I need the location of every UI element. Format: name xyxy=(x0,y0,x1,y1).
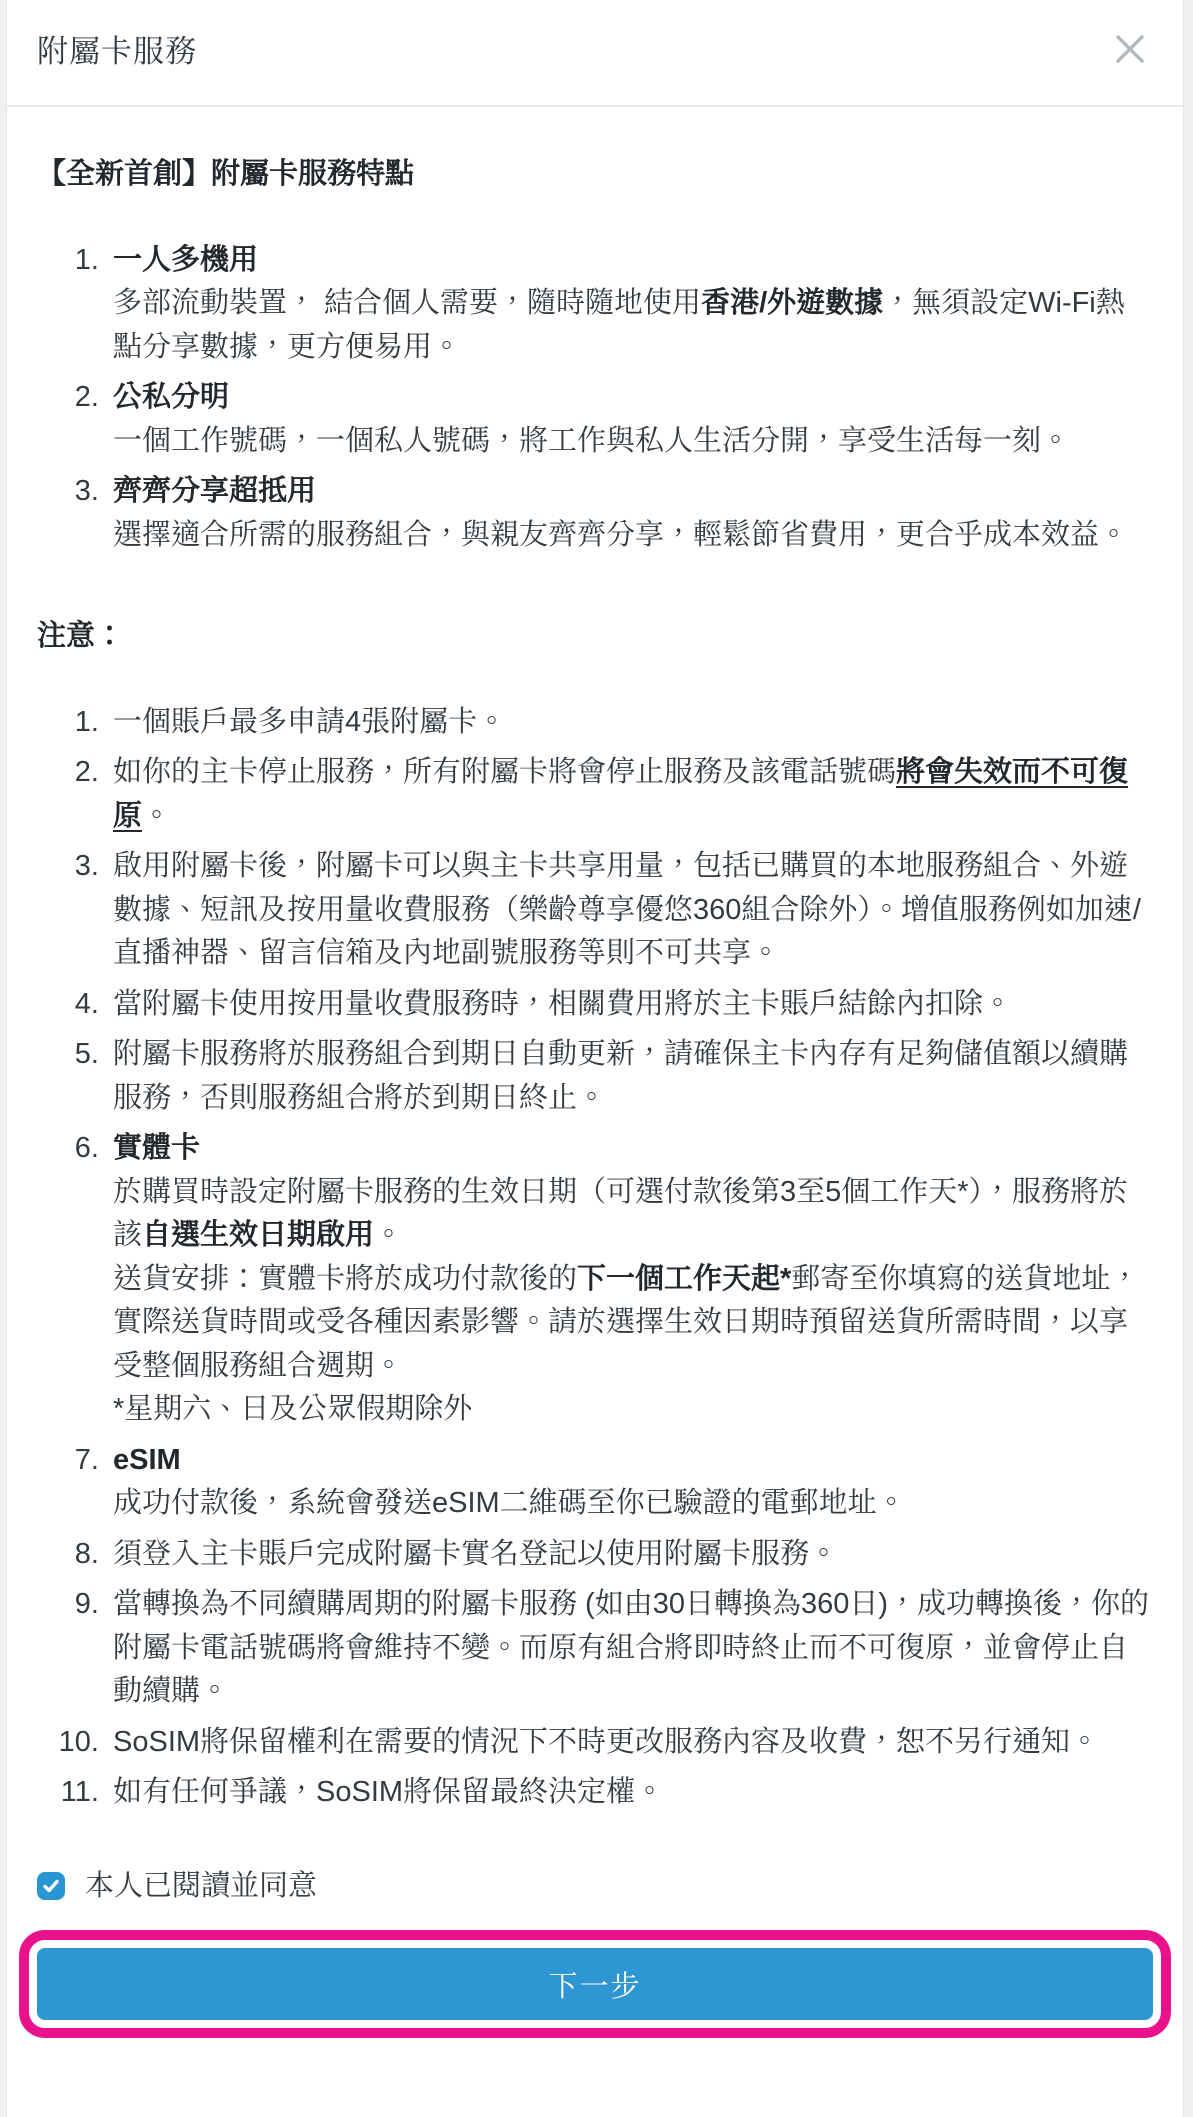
list-item: 須登入主卡賬戶完成附屬卡實名登記以使用附屬卡服務。 xyxy=(107,1533,1153,1577)
supplementary-card-modal: 附屬卡服務 【全新首創】附屬卡服務特點 一人多機用多部流動裝置， 結合個人需要，… xyxy=(6,0,1184,2117)
paragraph: *星期六、日及公眾假期除外 xyxy=(113,1388,1153,1432)
page-title: 附屬卡服務 xyxy=(37,26,197,71)
text-run: 多部流動裝置， 結合個人需要，隨時隨地使用 xyxy=(113,287,701,319)
list-item: 附屬卡服務將於服務組合到期日自動更新，請確保主卡內存有足夠儲值額以續購服務，否則… xyxy=(107,1033,1153,1120)
text-run: 須登入主卡賬戶完成附屬卡實名登記以使用附屬卡服務。 xyxy=(113,1538,838,1570)
paragraph: 一個賬戶最多申請4張附屬卡。 xyxy=(113,701,1153,745)
paragraph: 多部流動裝置， 結合個人需要，隨時隨地使用香港/外遊數據，無須設定Wi-Fi熱點… xyxy=(113,282,1153,369)
paragraph: 如有任何爭議，SoSIM將保留最終決定權。 xyxy=(113,1771,1153,1815)
list-item: 齊齊分享超抵用選擇適合所需的服務組合，與親友齊齊分享，輕鬆節省費用，更合乎成本效… xyxy=(107,470,1153,557)
text-run: 送貨安排：實體卡將於成功付款後的 xyxy=(113,1263,577,1295)
text-run: 當轉換為不同續購周期的附屬卡服務 (如由30日轉換為360日)，成功轉換後，你的… xyxy=(113,1588,1149,1707)
text-run: 當附屬卡使用按用量收費服務時，相關費用將於主卡賬戶結餘內扣除。 xyxy=(113,988,1012,1020)
text-run: 下一個工作天起* xyxy=(577,1263,791,1295)
modal-header: 附屬卡服務 xyxy=(7,0,1183,107)
features-list: 一人多機用多部流動裝置， 結合個人需要，隨時隨地使用香港/外遊數據，無須設定Wi… xyxy=(37,239,1153,558)
paragraph: 如你的主卡停止服務，所有附屬卡將會停止服務及該電話號碼將會失效而不可復原。 xyxy=(113,751,1153,838)
text-run: 一人多機用 xyxy=(113,244,258,276)
text-run: 一個工作號碼，一個私人號碼，將工作與私人生活分開，享受生活每一刻。 xyxy=(113,425,1070,457)
text-run: 。 xyxy=(142,800,171,832)
list-item: 如有任何爭議，SoSIM將保留最終決定權。 xyxy=(107,1771,1153,1815)
modal-body: 【全新首創】附屬卡服務特點 一人多機用多部流動裝置， 結合個人需要，隨時隨地使用… xyxy=(7,153,1183,1908)
list-item: 如你的主卡停止服務，所有附屬卡將會停止服務及該電話號碼將會失效而不可復原。 xyxy=(107,751,1153,838)
text-run: 如有任何爭議，SoSIM將保留最終決定權。 xyxy=(113,1776,664,1808)
list-item: 一人多機用多部流動裝置， 結合個人需要，隨時隨地使用香港/外遊數據，無須設定Wi… xyxy=(107,239,1153,370)
text-run: 齊齊分享超抵用 xyxy=(113,475,316,507)
text-run: 選擇適合所需的服務組合，與親友齊齊分享，輕鬆節省費用，更合乎成本效益。 xyxy=(113,519,1128,551)
notice-heading: 注意： xyxy=(37,615,1153,659)
paragraph: 送貨安排：實體卡將於成功付款後的下一個工作天起*郵寄至你填寫的送貨地址，實際送貨… xyxy=(113,1258,1153,1389)
text-run: *星期六、日及公眾假期除外 xyxy=(113,1393,472,1425)
text-run: 附屬卡服務將於服務組合到期日自動更新，請確保主卡內存有足夠儲值額以續購服務，否則… xyxy=(113,1038,1128,1114)
list-item: 公私分明一個工作號碼，一個私人號碼，將工作與私人生活分開，享受生活每一刻。 xyxy=(107,376,1153,463)
notices-list: 一個賬戶最多申請4張附屬卡。如你的主卡停止服務，所有附屬卡將會停止服務及該電話號… xyxy=(37,701,1153,1815)
paragraph: 公私分明 xyxy=(113,376,1153,420)
paragraph: 實體卡 xyxy=(113,1127,1153,1171)
list-item: 當轉換為不同續購周期的附屬卡服務 (如由30日轉換為360日)，成功轉換後，你的… xyxy=(107,1583,1153,1714)
agreement-row: 本人已閱讀並同意 xyxy=(37,1865,1153,1909)
list-item: 一個賬戶最多申請4張附屬卡。 xyxy=(107,701,1153,745)
paragraph: 啟用附屬卡後，附屬卡可以與主卡共享用量，包括已購買的本地服務組合、外遊數據、短訊… xyxy=(113,845,1153,976)
paragraph: eSIM xyxy=(113,1439,1153,1483)
list-item: 啟用附屬卡後，附屬卡可以與主卡共享用量，包括已購買的本地服務組合、外遊數據、短訊… xyxy=(107,845,1153,976)
list-item: SoSIM將保留權利在需要的情況下不時更改服務內容及收費，恕不另行通知。 xyxy=(107,1721,1153,1765)
list-item: eSIM成功付款後，系統會發送eSIM二維碼至你已驗證的電郵地址。 xyxy=(107,1439,1153,1526)
paragraph: 一人多機用 xyxy=(113,239,1153,283)
text-run: 啟用附屬卡後，附屬卡可以與主卡共享用量，包括已購買的本地服務組合、外遊數據、短訊… xyxy=(113,850,1141,969)
text-run: 成功付款後，系統會發送eSIM二維碼至你已驗證的電郵地址。 xyxy=(113,1487,906,1519)
paragraph: 選擇適合所需的服務組合，與親友齊齊分享，輕鬆節省費用，更合乎成本效益。 xyxy=(113,514,1153,558)
text-run: eSIM xyxy=(113,1444,181,1476)
paragraph: 於購買時設定附屬卡服務的生效日期（可選付款後第3至5個工作天*），服務將於該自選… xyxy=(113,1171,1153,1258)
text-run: 。 xyxy=(374,1219,403,1251)
text-run: 自選生效日期啟用 xyxy=(142,1219,374,1251)
text-run: 如你的主卡停止服務，所有附屬卡將會停止服務及該電話號碼 xyxy=(113,756,896,788)
paragraph: 附屬卡服務將於服務組合到期日自動更新，請確保主卡內存有足夠儲值額以續購服務，否則… xyxy=(113,1033,1153,1120)
highlight-annotation: 下一步 xyxy=(19,1930,1171,2038)
checkmark-icon xyxy=(41,1876,61,1896)
paragraph: 一個工作號碼，一個私人號碼，將工作與私人生活分開，享受生活每一刻。 xyxy=(113,420,1153,464)
features-heading: 【全新首創】附屬卡服務特點 xyxy=(37,153,1153,197)
list-item: 當附屬卡使用按用量收費服務時，相關費用將於主卡賬戶結餘內扣除。 xyxy=(107,983,1153,1027)
text-run: SoSIM將保留權利在需要的情況下不時更改服務內容及收費，恕不另行通知。 xyxy=(113,1726,1099,1758)
next-step-button[interactable]: 下一步 xyxy=(37,1948,1153,2020)
paragraph: 須登入主卡賬戶完成附屬卡實名登記以使用附屬卡服務。 xyxy=(113,1533,1153,1577)
text-run: 香港/外遊數據 xyxy=(701,287,883,319)
paragraph: 當附屬卡使用按用量收費服務時，相關費用將於主卡賬戶結餘內扣除。 xyxy=(113,983,1153,1027)
paragraph: 當轉換為不同續購周期的附屬卡服務 (如由30日轉換為360日)，成功轉換後，你的… xyxy=(113,1583,1153,1714)
list-item: 實體卡於購買時設定附屬卡服務的生效日期（可選付款後第3至5個工作天*），服務將於… xyxy=(107,1127,1153,1432)
agreement-label: 本人已閱讀並同意 xyxy=(85,1865,317,1909)
text-run: 公私分明 xyxy=(113,381,229,413)
close-icon xyxy=(1111,30,1149,68)
paragraph: SoSIM將保留權利在需要的情況下不時更改服務內容及收費，恕不另行通知。 xyxy=(113,1721,1153,1765)
agreement-checkbox[interactable] xyxy=(37,1872,65,1900)
paragraph: 成功付款後，系統會發送eSIM二維碼至你已驗證的電郵地址。 xyxy=(113,1482,1153,1526)
text-run: 實體卡 xyxy=(113,1132,200,1164)
text-run: 一個賬戶最多申請4張附屬卡。 xyxy=(113,706,506,738)
paragraph: 齊齊分享超抵用 xyxy=(113,470,1153,514)
close-button[interactable] xyxy=(1109,28,1151,70)
